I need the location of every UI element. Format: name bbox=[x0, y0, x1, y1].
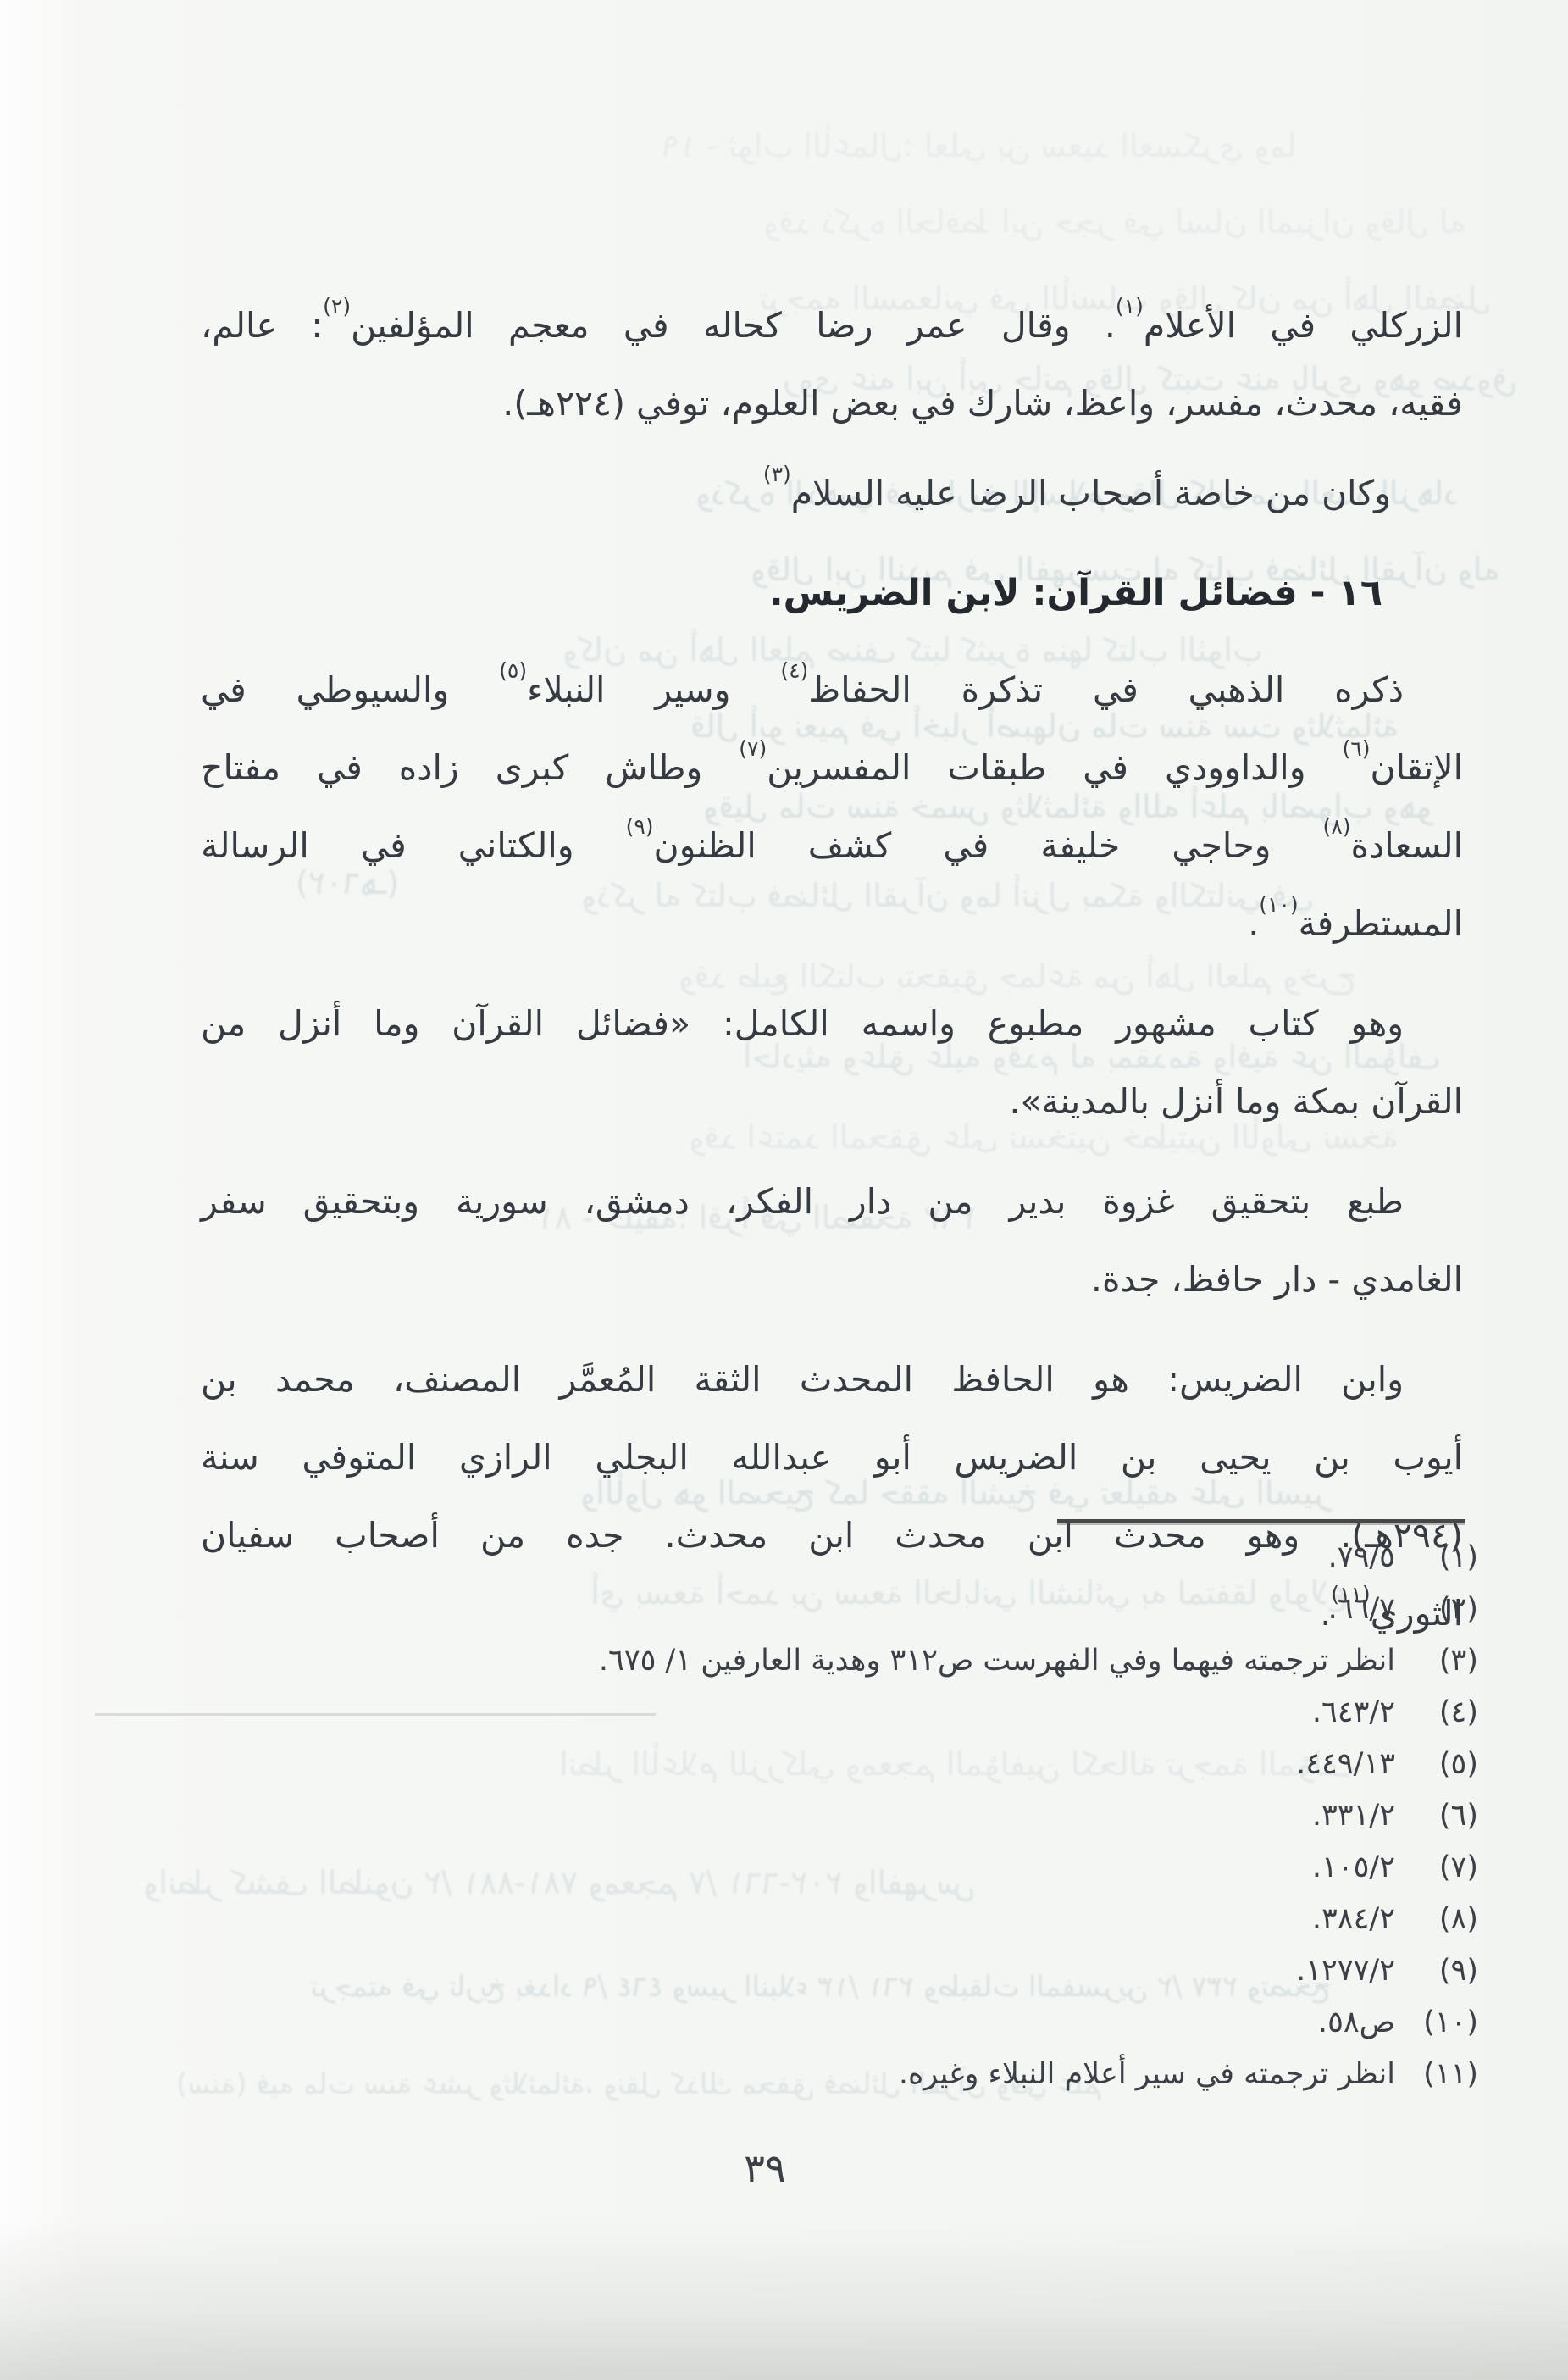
footnote-text: ٧٩/٥. bbox=[1328, 1540, 1395, 1574]
text-line: وابن الضريس: هو الحافظ المحدث الثقة المُ… bbox=[201, 1340, 1463, 1418]
footnote-text: ٤٤٩/١٣. bbox=[1296, 1747, 1395, 1781]
text-line: الإتقان(٦) والداوودي في طبقات المفسرين(٧… bbox=[201, 729, 1463, 807]
footnote: (٥)٤٤٩/١٣. bbox=[80, 1739, 1478, 1790]
footnote-text: انظر ترجمته فيهما وفي الفهرست ص٣١٢ وهدية… bbox=[599, 1644, 1395, 1678]
text-line: القرآن بمكة وما أنزل بالمدينة». bbox=[201, 1062, 1463, 1140]
text-line: وهو كتاب مشهور مطبوع واسمه الكامل: «فضائ… bbox=[201, 985, 1463, 1062]
section-heading: ١٦ - فضائل القرآن: لابن الضريس. bbox=[201, 554, 1463, 632]
footnote: (١١)انظر ترجمته في سير أعلام النبلاء وغي… bbox=[80, 2049, 1478, 2100]
footnote: (٦)٣٣١/٢. bbox=[80, 1790, 1478, 1842]
footnote: (٢)٦٦/٧. bbox=[80, 1584, 1478, 1635]
footnote-text: ٣٨٤/٢. bbox=[1312, 1902, 1395, 1936]
paragraph: طبع بتحقيق غزوة بدير من دار الفكر، دمشق،… bbox=[201, 1162, 1463, 1318]
text-line: أيوب بن يحيى بن الضريس أبو عبدالله البجل… bbox=[201, 1418, 1463, 1496]
footnote-marker: (٥) bbox=[1417, 1739, 1478, 1790]
page-number: ٣٩ bbox=[0, 2145, 1530, 2191]
footnote: (٧)١٠٥/٢. bbox=[80, 1842, 1478, 1894]
scanned-book-page: { "page": { "number": "٣٩" }, "body": { … bbox=[0, 0, 1568, 2380]
footnote-marker: (٢) bbox=[1417, 1584, 1478, 1635]
footnote-marker: (٣) bbox=[1417, 1635, 1478, 1687]
footnote-text: ص٥٨. bbox=[1318, 2006, 1395, 2039]
paragraph: وهو كتاب مشهور مطبوع واسمه الكامل: «فضائ… bbox=[201, 985, 1463, 1140]
footnote-marker: (٨) bbox=[1417, 1894, 1478, 1945]
text-line: الغامدي - دار حافظ، جدة. bbox=[201, 1240, 1463, 1318]
footnote-marker: (١) bbox=[1417, 1532, 1478, 1584]
footnote: (٩)١٢٧٧/٢. bbox=[80, 1945, 1478, 1997]
footnote-separator bbox=[1057, 1519, 1465, 1523]
footnote-marker: (٩) bbox=[1417, 1945, 1478, 1997]
footnote-marker: (٤) bbox=[1417, 1687, 1478, 1739]
footnote-marker: (٦) bbox=[1417, 1790, 1478, 1842]
text-line: السعادة(٨) وحاجي خليفة في كشف الظنون(٩) … bbox=[201, 807, 1463, 885]
paragraph: وكان من خاصة أصحاب الرضا عليه السلام(٣) bbox=[201, 454, 1463, 532]
footnote: (٤)٦٤٣/٢. bbox=[80, 1687, 1478, 1739]
footnotes-block: (١)٧٩/٥. (٢)٦٦/٧. (٣)انظر ترجمته فيهما و… bbox=[80, 1532, 1478, 2100]
footnote-text: ٣٣١/٢. bbox=[1312, 1799, 1395, 1833]
footnote-marker: (٧) bbox=[1417, 1842, 1478, 1894]
footnote: (١)٧٩/٥. bbox=[80, 1532, 1478, 1584]
text-line: فقيه، محدث، مفسر، واعظ، شارك في بعض العل… bbox=[201, 364, 1463, 442]
paragraph: ذكره الذهبي في تذكرة الحفاظ(٤) وسير النب… bbox=[201, 651, 1463, 963]
paragraph: الزركلي في الأعلام(١). وقال عمر رضا كحال… bbox=[201, 286, 1463, 442]
footnote-text: ٦٦/٧. bbox=[1328, 1592, 1395, 1626]
footnote-text: ٦٤٣/٢. bbox=[1312, 1695, 1395, 1729]
text-line: وكان من خاصة أصحاب الرضا عليه السلام(٣) bbox=[201, 454, 1463, 532]
footnote-text: ١٠٥/٢. bbox=[1312, 1850, 1395, 1884]
main-text: الزركلي في الأعلام(١). وقال عمر رضا كحال… bbox=[201, 286, 1463, 1664]
footnote-text: انظر ترجمته في سير أعلام النبلاء وغيره. bbox=[899, 2057, 1395, 2091]
footnote: (٨)٣٨٤/٢. bbox=[80, 1894, 1478, 1945]
footnote: (١٠)ص٥٨. bbox=[80, 1997, 1478, 2049]
footnote-marker: (١٠) bbox=[1417, 1997, 1478, 2049]
text-line: الزركلي في الأعلام(١). وقال عمر رضا كحال… bbox=[201, 286, 1463, 364]
text-line: طبع بتحقيق غزوة بدير من دار الفكر، دمشق،… bbox=[201, 1162, 1463, 1240]
text-line: المستطرفة(١٠). bbox=[201, 885, 1463, 963]
text-line: ذكره الذهبي في تذكرة الحفاظ(٤) وسير النب… bbox=[201, 651, 1463, 729]
footnote-text: ١٢٧٧/٢. bbox=[1296, 1954, 1395, 1988]
footnote: (٣)انظر ترجمته فيهما وفي الفهرست ص٣١٢ وه… bbox=[80, 1635, 1478, 1687]
footnote-marker: (١١) bbox=[1417, 2049, 1478, 2100]
